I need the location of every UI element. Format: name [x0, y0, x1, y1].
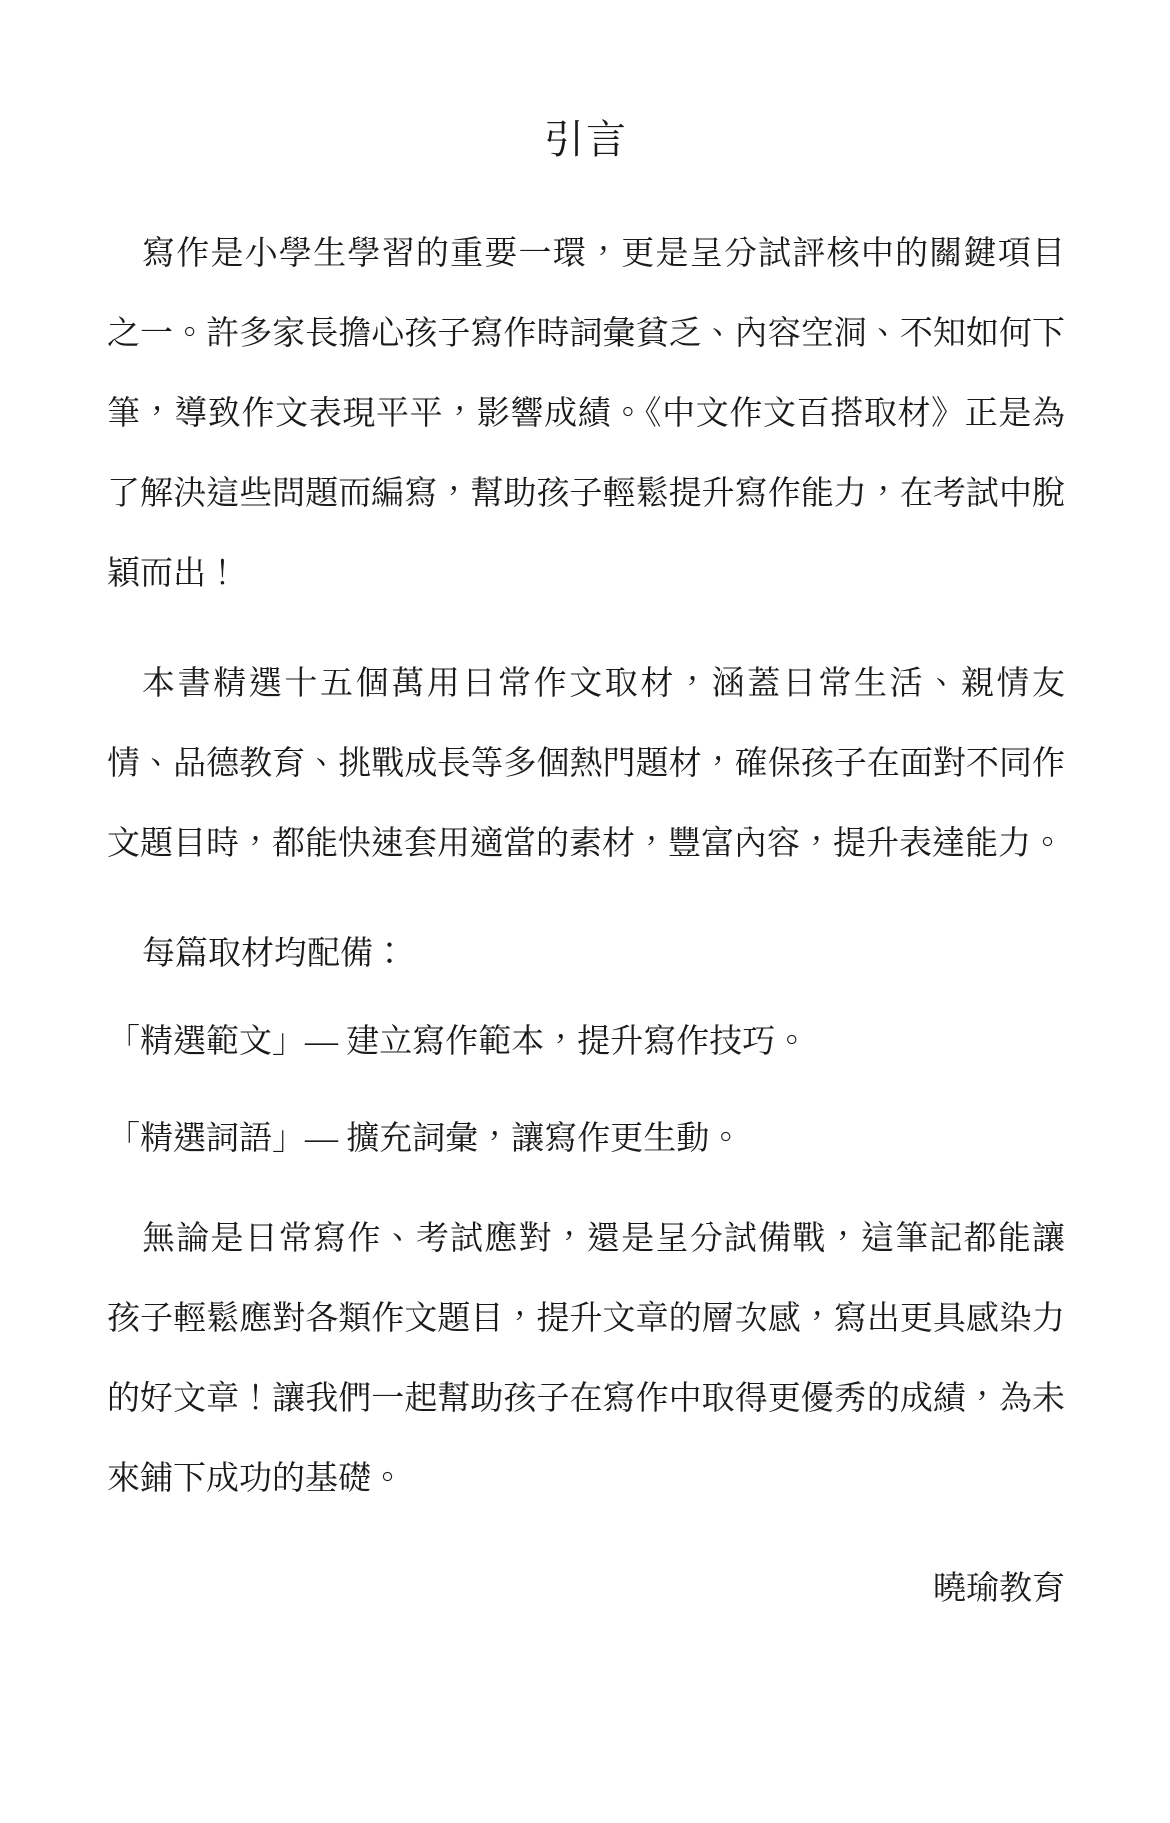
- content-overview-paragraph: 本書精選十五個萬用日常作文取材，涵蓋日常生活、親情友情、品德教育、挑戰成長等多個…: [107, 644, 1065, 884]
- signature: 曉瑜教育: [107, 1549, 1065, 1629]
- closing-paragraph: 無論是日常寫作、考試應對，還是呈分試備戰，這筆記都能讓孩子輕鬆應對各類作文題目，…: [107, 1199, 1065, 1519]
- intro-paragraph: 寫作是小學生學習的重要一環，更是呈分試評核中的關鍵項目之一。許多家長擔心孩子寫作…: [107, 214, 1065, 614]
- feature-line-vocabulary: 「精選詞語」— 擴充詞彙，讓寫作更生動。: [107, 1099, 1065, 1179]
- document-content: 引言 寫作是小學生學習的重要一環，更是呈分試評核中的關鍵項目之一。許多家長擔心孩…: [107, 120, 1065, 1629]
- feature-line-sample-essays: 「精選範文」— 建立寫作範本，提升寫作技巧。: [107, 1002, 1065, 1082]
- features-intro-line: 每篇取材均配備：: [107, 914, 1065, 994]
- page-title: 引言: [107, 120, 1065, 160]
- document-page: 引言 寫作是小學生學習的重要一環，更是呈分試評核中的關鍵項目之一。許多家長擔心孩…: [0, 0, 1170, 1823]
